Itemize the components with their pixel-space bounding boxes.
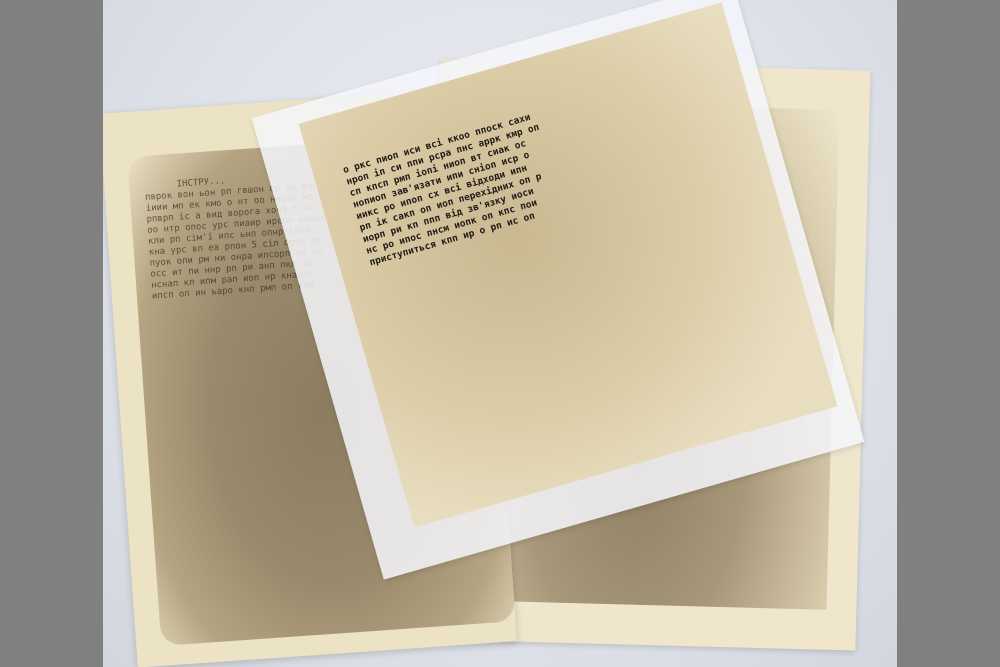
document-heading: ІНСТРУ...: [176, 176, 225, 189]
letterbox-right: [897, 0, 1000, 667]
photo: дсьгйнк кдм ьпрм нгдоп кдмпм ио ио всьрк…: [103, 0, 897, 667]
letterbox-left: [0, 0, 103, 667]
